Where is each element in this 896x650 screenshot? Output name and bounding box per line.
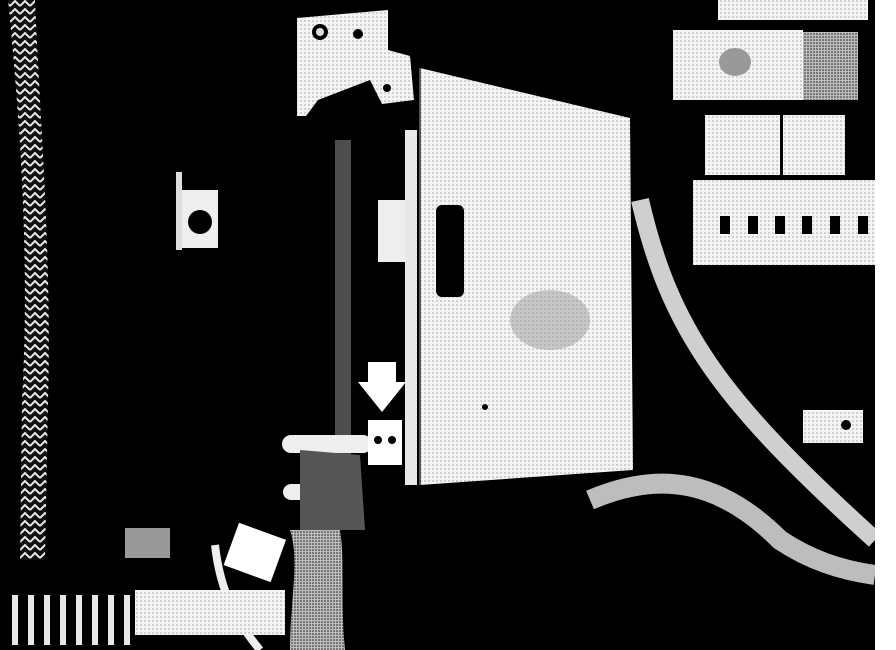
control-unit-box bbox=[420, 68, 633, 485]
relay-box bbox=[673, 0, 875, 265]
engine-bay-photo bbox=[0, 0, 875, 650]
braided-hose bbox=[8, 0, 49, 560]
small-plate bbox=[803, 410, 863, 443]
mounting-bolt bbox=[176, 172, 218, 250]
lower-hoses bbox=[12, 523, 286, 650]
mounting-bracket bbox=[297, 10, 414, 116]
arrow-annotation-icon bbox=[358, 362, 406, 412]
hose-clamp bbox=[282, 420, 402, 650]
